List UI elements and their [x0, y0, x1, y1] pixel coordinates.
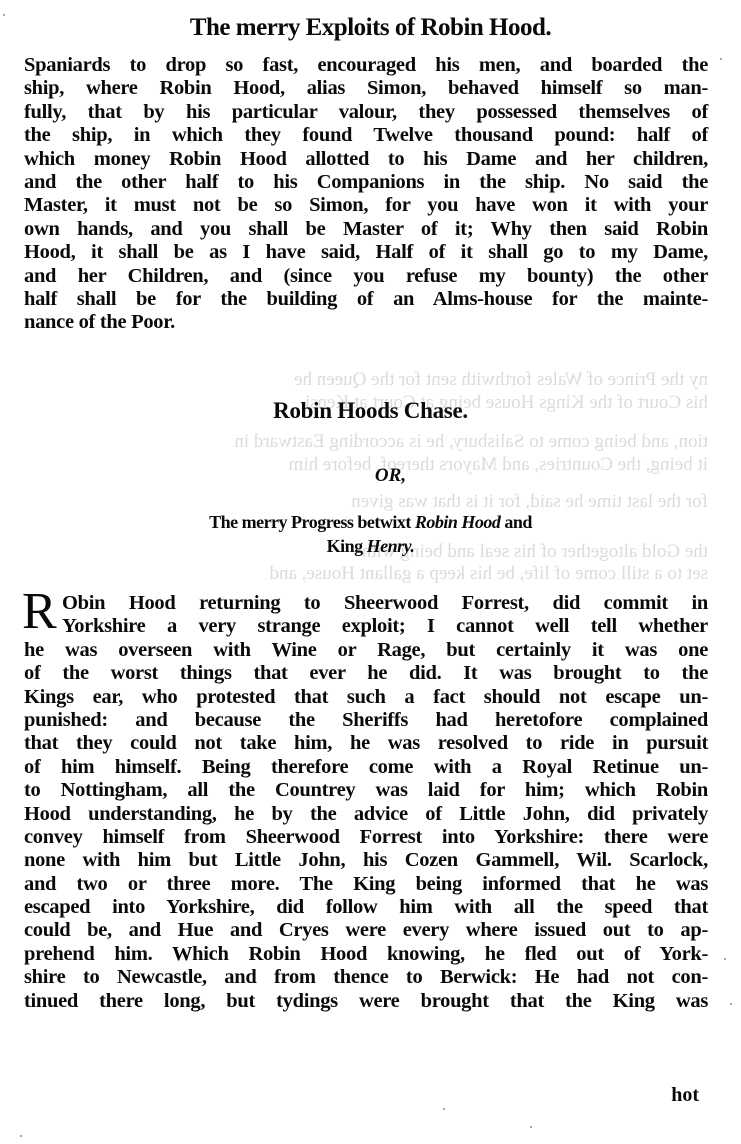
text-line: none with him but Little John, his Cozen… — [24, 849, 708, 872]
text-line: Hood, it shall be as I have said, Half o… — [24, 241, 708, 264]
paragraph-2: Obin Hood returning to Sheerwood Forrest… — [24, 592, 708, 1013]
text-line: of him himself. Being therefore come wit… — [24, 756, 708, 779]
text-line: nance of the Poor. — [24, 311, 708, 334]
text-line: and two or three more. The King being in… — [24, 873, 708, 896]
text-line: Obin Hood returning to Sheerwood Forrest… — [24, 592, 708, 615]
text-line: fully, that by his particular valour, th… — [24, 101, 708, 124]
show-through-text: tion, and being come to Salisbury, he is… — [24, 430, 708, 453]
subtitle-text: and — [500, 512, 532, 532]
paragraph-1: Spaniards to drop so fast, encouraged hi… — [24, 54, 708, 335]
section-subtitle: The merry Progress betwixt Robin Hood an… — [0, 510, 741, 558]
subtitle-text: The merry Progress betwixt — [209, 512, 415, 532]
text-line: and her Children, and (since you refuse … — [24, 265, 708, 288]
running-head: The merry Exploits of Robin Hood. — [0, 14, 741, 42]
book-page: The merry Exploits of Robin Hood. Spania… — [0, 0, 741, 1144]
scan-speck — [530, 1126, 532, 1128]
section-or: OR, — [0, 465, 741, 487]
text-line: tinued there long, but tydings were brou… — [24, 990, 708, 1013]
show-through-text: ny the Prince of Wales forthwith sent fo… — [24, 368, 708, 391]
text-line: Master, it must not be so Simon, for you… — [24, 194, 708, 217]
text-line: own hands, and you shall be Master of it… — [24, 218, 708, 241]
text-line: to Nottingham, all the Countrey was laid… — [24, 779, 708, 802]
text-line: the ship, in which they found Twelve tho… — [24, 124, 708, 147]
subtitle-italic: Robin Hood — [415, 512, 501, 532]
text-line: convey himself from Sheerwood Forrest in… — [24, 826, 708, 849]
text-line: half shall be for the building of an Alm… — [24, 288, 708, 311]
text-line: shire to Newcastle, and from thence to B… — [24, 966, 708, 989]
scan-speck — [443, 1108, 445, 1110]
text-line: that they could not take him, he was res… — [24, 732, 708, 755]
scan-speck — [3, 14, 5, 16]
subtitle-text: King — [327, 536, 367, 556]
text-line: prehend him. Which Robin Hood knowing, h… — [24, 943, 708, 966]
subtitle-italic: Henry. — [367, 536, 415, 556]
text-line: Spaniards to drop so fast, encouraged hi… — [24, 54, 708, 77]
text-line: escaped into Yorkshire, did follow him w… — [24, 896, 708, 919]
scan-speck — [724, 958, 726, 960]
text-line: which money Robin Hood allotted to his D… — [24, 148, 708, 171]
text-line: and the other half to his Companions in … — [24, 171, 708, 194]
text-line: could be, and Hue and Cryes were every w… — [24, 919, 708, 942]
subtitle-line-2: King Henry. — [0, 534, 741, 558]
scan-speck — [720, 58, 722, 60]
show-through-text: set to a still come of life, be his keep… — [24, 562, 708, 585]
text-line: Yorkshire a very strange exploit; I cann… — [24, 615, 708, 638]
scan-speck — [20, 1135, 22, 1137]
catchword: hot — [671, 1084, 699, 1107]
subtitle-line-1: The merry Progress betwixt Robin Hood an… — [0, 510, 741, 534]
scan-speck — [730, 1003, 732, 1005]
text-line: Hood understanding, he by the advice of … — [24, 803, 708, 826]
text-line: ship, where Robin Hood, alias Simon, beh… — [24, 77, 708, 100]
text-line: of the worst things that ever he did. It… — [24, 662, 708, 685]
text-line: punished: and because the Sheriffs had h… — [24, 709, 708, 732]
text-line: he was overseen with Wine or Rage, but c… — [24, 639, 708, 662]
text-line: Kings ear, who protested that such a fac… — [24, 686, 708, 709]
section-title: Robin Hoods Chase. — [0, 398, 741, 424]
